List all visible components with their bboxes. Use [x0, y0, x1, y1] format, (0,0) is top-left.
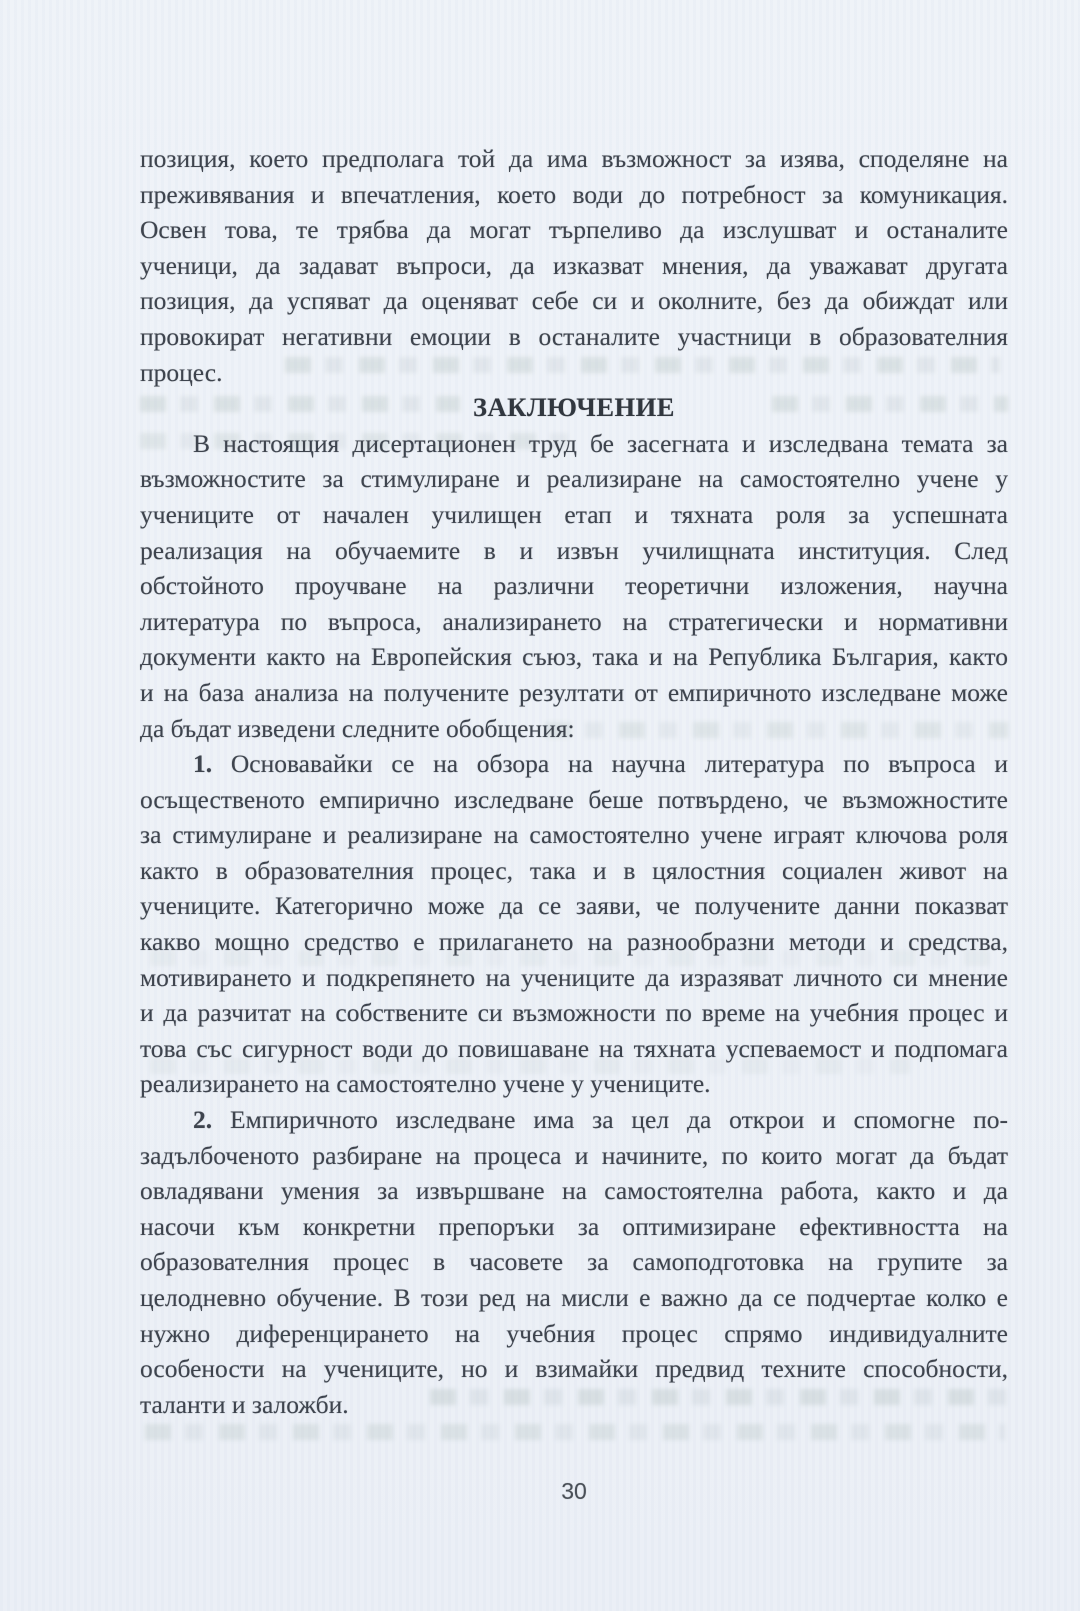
text-line: 1. Основавайки се на обзора на научна ли…	[140, 746, 1008, 782]
text-line: задълбоченото разбиране на процеса и нач…	[140, 1138, 1008, 1174]
text-line: литература по въпроса, анализирането на …	[140, 604, 1008, 640]
paragraph: В настоящия дисертационен труд бе засегн…	[140, 426, 1008, 746]
text-line: целодневно обучение. В този ред на мисли…	[140, 1280, 1008, 1316]
text-line: осъщественото емпирично изследване беше …	[140, 782, 1008, 818]
text-line: особености на учениците, но и взимайки п…	[140, 1351, 1008, 1387]
text-line: процес.	[140, 355, 1008, 391]
paragraph: позиция, което предполага той да има въз…	[140, 141, 1008, 390]
text-line: мотивирането и подкрепянето на учениците…	[140, 960, 1008, 996]
text-line: както в образователния процес, така и в …	[140, 853, 1008, 889]
text-line: документи както на Европейския съюз, так…	[140, 639, 1008, 675]
text-line: таланти и заложби.	[140, 1387, 1008, 1423]
text-line: какво мощно средство е прилагането на ра…	[140, 924, 1008, 960]
text-line: Освен това, те трябва да могат търпеливо…	[140, 212, 1008, 248]
text-line: 2. Емпиричното изследване има за цел да …	[140, 1102, 1008, 1138]
page-number: 30	[140, 1478, 1008, 1505]
text-block: позиция, което предполага той да има въз…	[140, 141, 1008, 1422]
text-line: насочи към конкретни препоръки за оптими…	[140, 1209, 1008, 1245]
text-line: образователния процес в часовете за само…	[140, 1244, 1008, 1280]
text-line: и на база анализа на получените резултат…	[140, 675, 1008, 711]
text-line: позиция, да успяват да оценяват себе си …	[140, 283, 1008, 319]
list-number: 2.	[193, 1105, 212, 1134]
text-line: реализирането на самостоятелно учене у у…	[140, 1066, 1008, 1102]
text-line: това със сигурност води до повишаване на…	[140, 1031, 1008, 1067]
text-line: реализация на обучаемите в и извън учили…	[140, 533, 1008, 569]
text-line: овладявани умения за извършване на самос…	[140, 1173, 1008, 1209]
document-page: позиция, което предполага той да има въз…	[0, 0, 1080, 1611]
text-line: учениците. Категорично може да се заяви,…	[140, 888, 1008, 924]
text-line: обстойното проучване на различни теорети…	[140, 568, 1008, 604]
bleed-through-line	[145, 1424, 1005, 1440]
paragraph: 2. Емпиричното изследване има за цел да …	[140, 1102, 1008, 1422]
text-line: нужно диференцирането на учебния процес …	[140, 1316, 1008, 1352]
text-line: да бъдат изведени следните обобщения:	[140, 711, 1008, 747]
text-line: и да разчитат на собствените си възможно…	[140, 995, 1008, 1031]
text-line: преживявания и впечатления, което води д…	[140, 177, 1008, 213]
list-number: 1.	[193, 749, 212, 778]
text-line: учениците от начален училищен етап и тях…	[140, 497, 1008, 533]
paragraph: 1. Основавайки се на обзора на научна ли…	[140, 746, 1008, 1102]
text-line: позиция, което предполага той да има въз…	[140, 141, 1008, 177]
text-line: В настоящия дисертационен труд бе засегн…	[140, 426, 1008, 462]
text-line: възможностите за стимулиране и реализира…	[140, 461, 1008, 497]
section-heading: ЗАКЛЮЧЕНИЕ	[140, 390, 1008, 426]
text-line: ученици, да задават въпроси, да изказват…	[140, 248, 1008, 284]
text-line: за стимулиране и реализиране на самостоя…	[140, 817, 1008, 853]
text-line: провокират негативни емоции в останалите…	[140, 319, 1008, 355]
